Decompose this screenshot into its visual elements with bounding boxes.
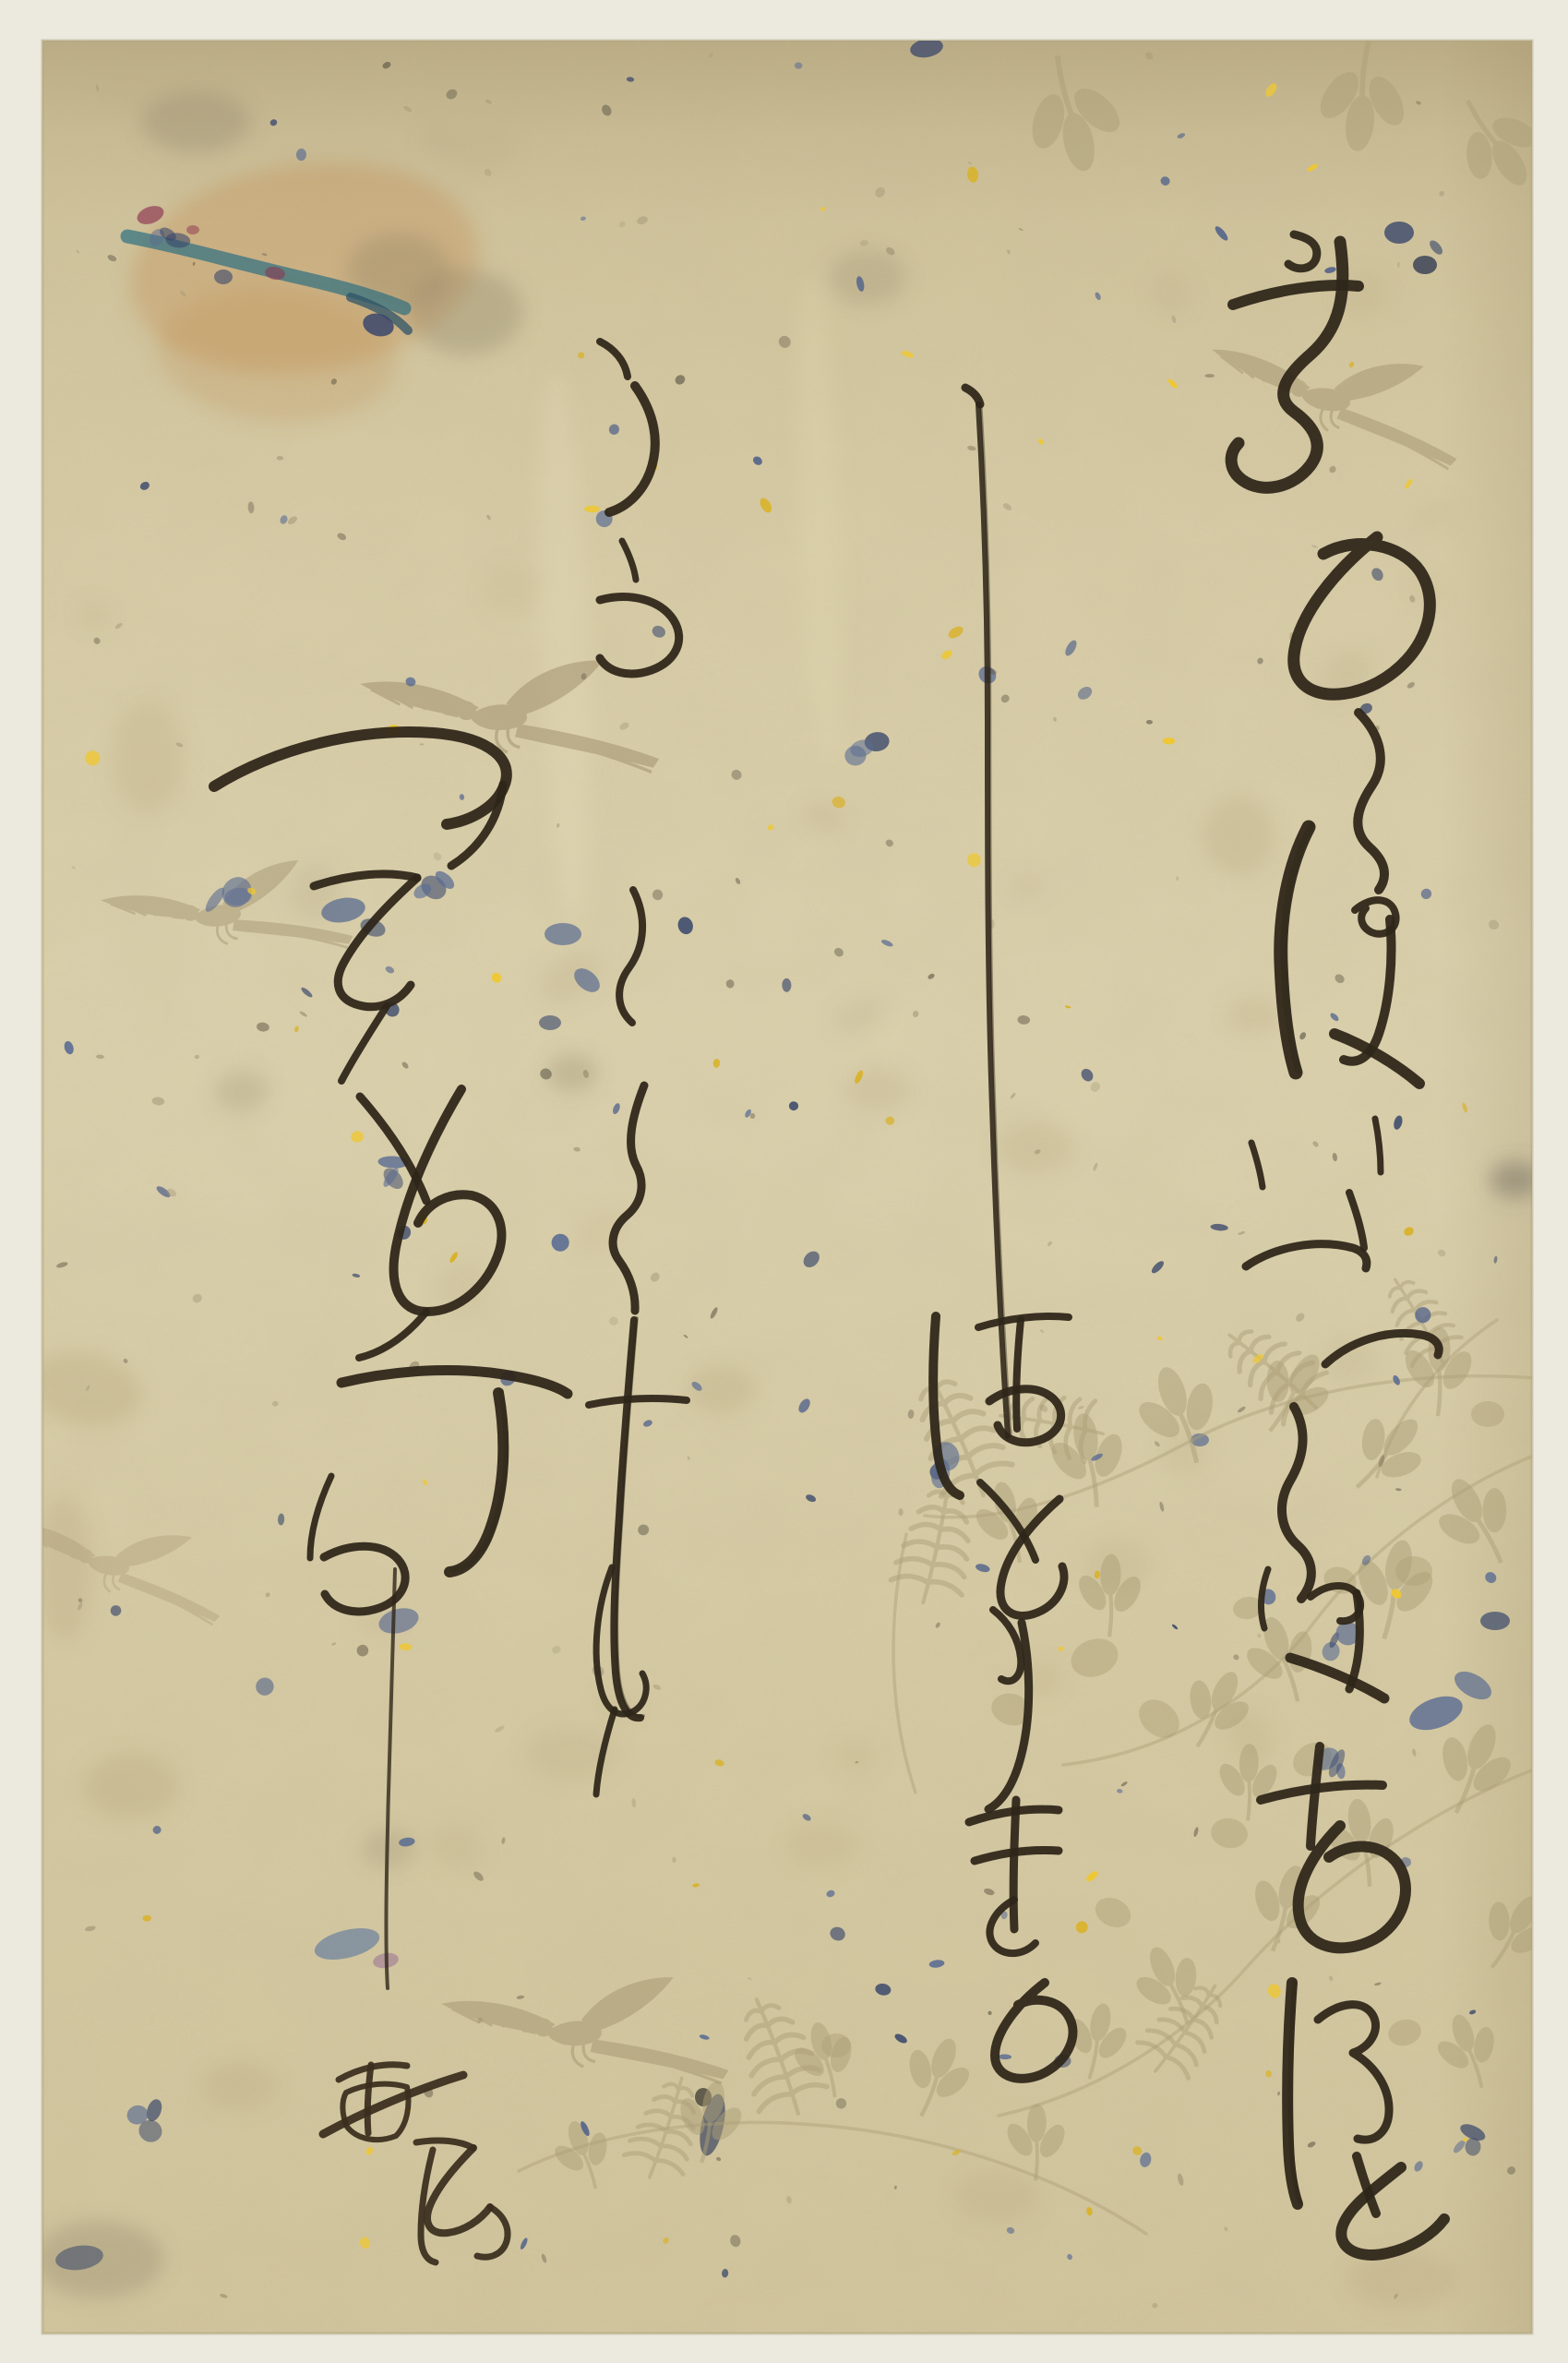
artwork-canvas <box>0 0 1568 2363</box>
calligraphy-artwork <box>0 0 1568 2363</box>
